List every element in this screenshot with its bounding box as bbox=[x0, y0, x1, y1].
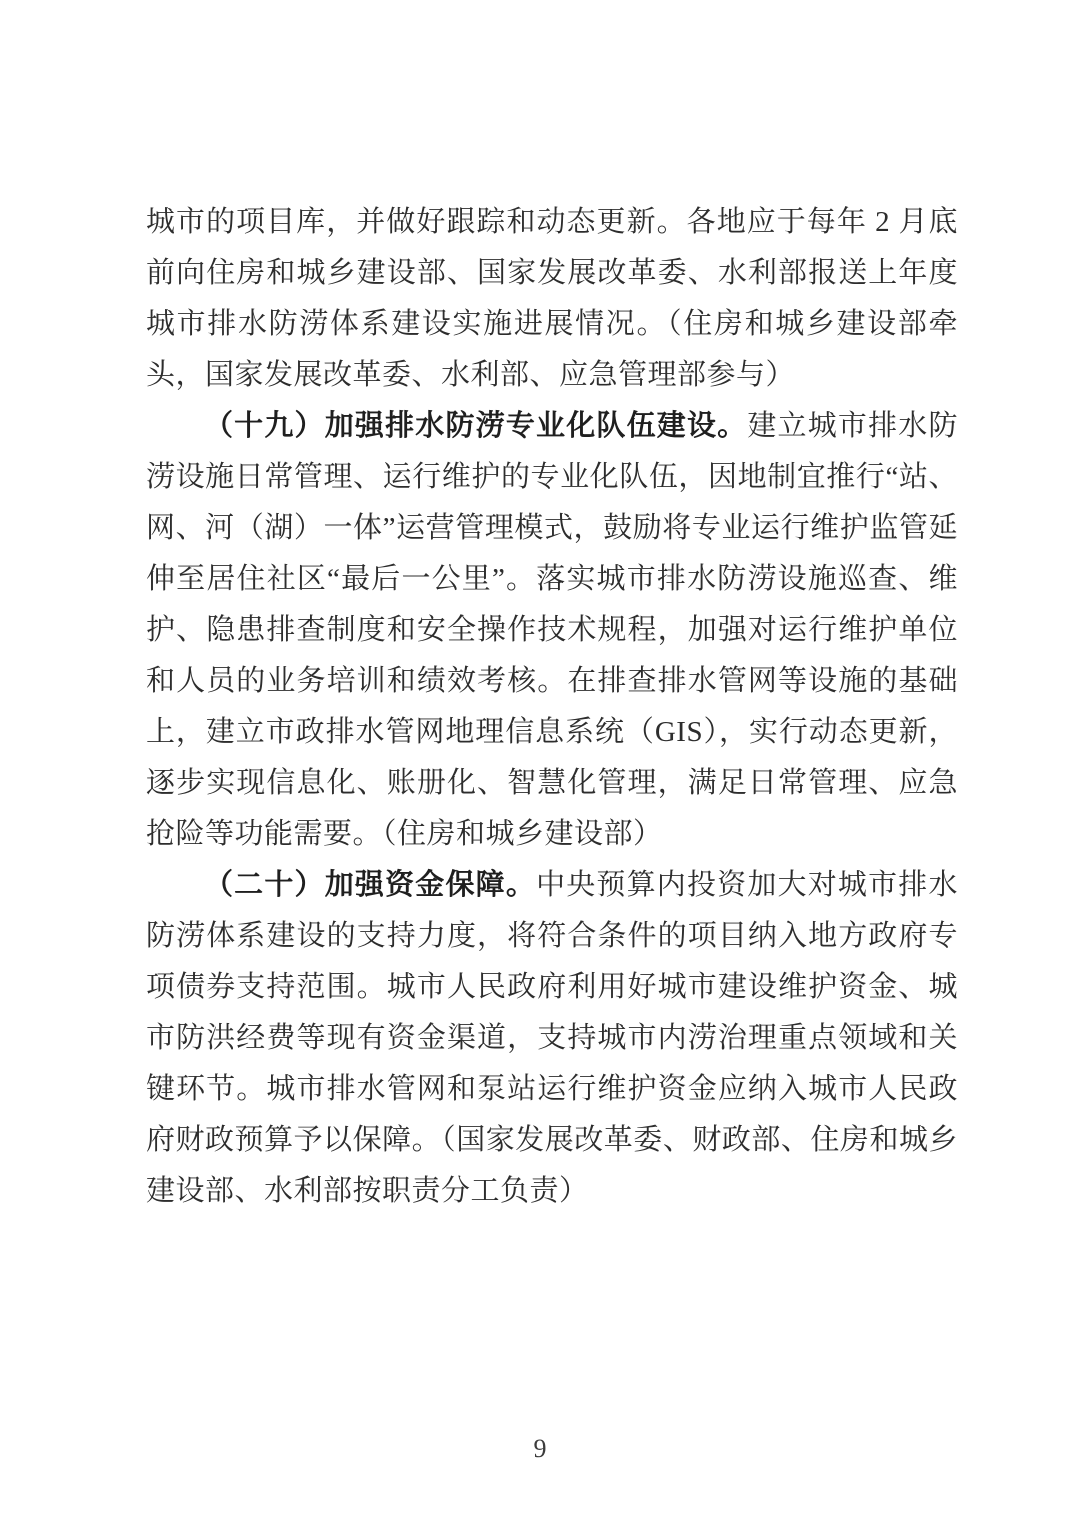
paragraph: （二十）加强资金保障。中央预算内投资加大对城市排水防涝体系建设的支持力度，将符合… bbox=[146, 860, 958, 1217]
page-number: 9 bbox=[0, 1434, 1080, 1464]
section-heading: （十九）加强排水防涝专业化队伍建设。 bbox=[204, 410, 747, 442]
section-heading: （二十）加强资金保障。 bbox=[204, 869, 536, 901]
paragraph-text: 建立城市排水防涝设施日常管理、运行维护的专业化队伍，因地制宜推行“站、网、河（湖… bbox=[146, 410, 958, 850]
paragraph: 城市的项目库，并做好跟踪和动态更新。各地应于每年 2 月底前向住房和城乡建设部、… bbox=[146, 197, 958, 401]
paragraph-text: 中央预算内投资加大对城市排水防涝体系建设的支持力度，将符合条件的项目纳入地方政府… bbox=[146, 869, 958, 1207]
document-page: 城市的项目库，并做好跟踪和动态更新。各地应于每年 2 月底前向住房和城乡建设部、… bbox=[0, 0, 1080, 1527]
paragraph-text: 城市的项目库，并做好跟踪和动态更新。各地应于每年 2 月底前向住房和城乡建设部、… bbox=[146, 206, 958, 391]
paragraph: （十九）加强排水防涝专业化队伍建设。建立城市排水防涝设施日常管理、运行维护的专业… bbox=[146, 401, 958, 860]
document-body: 城市的项目库，并做好跟踪和动态更新。各地应于每年 2 月底前向住房和城乡建设部、… bbox=[146, 197, 958, 1217]
